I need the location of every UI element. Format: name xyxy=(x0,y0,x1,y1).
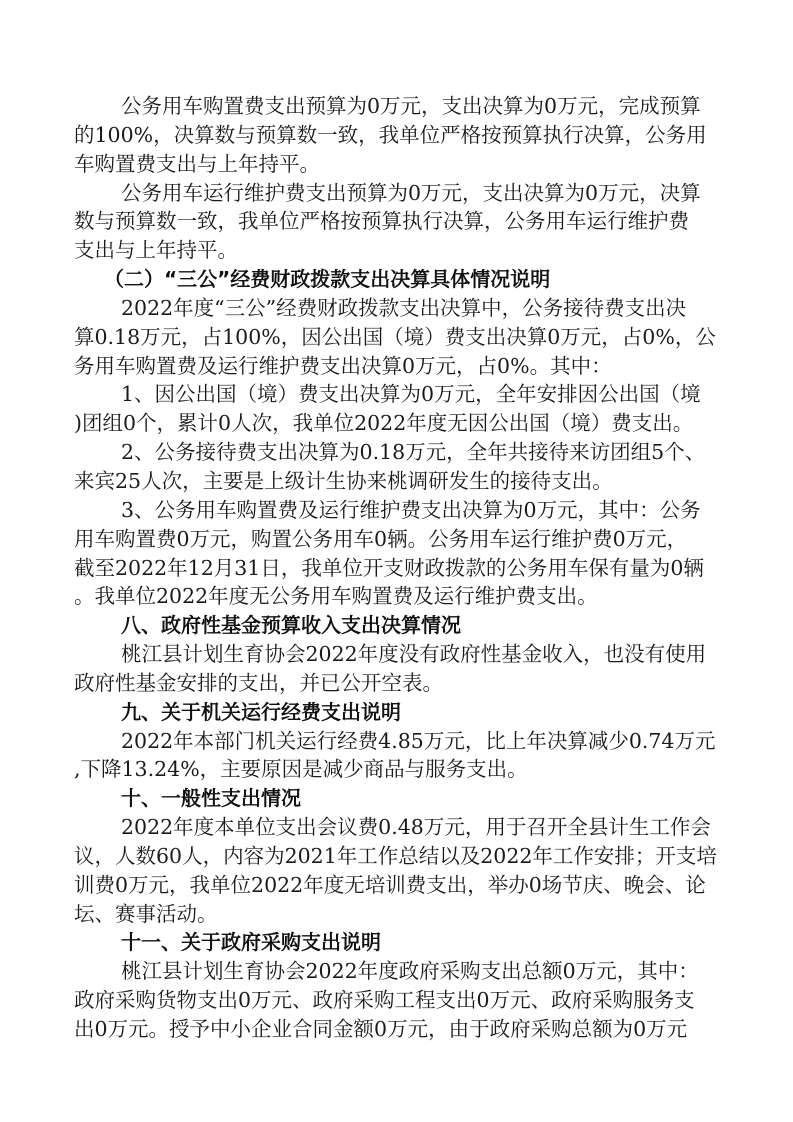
text-line: 公务用车购置费支出预算为0万元，支出决算为0万元，完成预算 xyxy=(74,92,710,121)
paragraph-operating-expenses: 2022年本部门机关运行经费4.85万元，比上年决算减少0.74万元 ,下降13… xyxy=(74,727,710,785)
text-line: 车购置费支出与上年持平。 xyxy=(74,150,710,179)
text-line: 3、公务用车购置费及运行维护费支出决算为0万元，其中：公务 xyxy=(74,496,710,525)
text-line: 桃江县计划生育协会2022年度没有政府性基金收入，也没有使用 xyxy=(74,640,710,669)
text-line: 2022年本部门机关运行经费4.85万元，比上年决算减少0.74万元 xyxy=(74,727,710,756)
text-line: 来宾25人次，主要是上级计生协来桃调研发生的接待支出。 xyxy=(74,467,710,496)
text-line: 训费0万元，我单位2022年度无培训费支出，举办0场节庆、晚会、论 xyxy=(74,871,710,900)
text-line: 的100%，决算数与预算数一致，我单位严格按预算执行决算，公务用 xyxy=(74,121,710,150)
paragraph-reception: 2、公务接待费支出决算为0.18万元，全年共接待来访团组5个、 来宾25人次，主… xyxy=(74,438,710,496)
document-page: 公务用车购置费支出预算为0万元，支出决算为0万元，完成预算 的100%，决算数与… xyxy=(74,92,710,1044)
heading-operating-expenses: 九、关于机关运行经费支出说明 xyxy=(74,698,710,727)
paragraph-government-fund: 桃江县计划生育协会2022年度没有政府性基金收入，也没有使用 政府性基金安排的支… xyxy=(74,640,710,698)
text-line: 2022年度“三公”经费财政拨款支出决算中，公务接待费支出决 xyxy=(74,294,710,323)
heading-general-expenses: 十、一般性支出情况 xyxy=(74,784,710,813)
paragraph-vehicle-maintenance: 公务用车运行维护费支出预算为0万元，支出决算为0万元，决算 数与预算数一致，我单… xyxy=(74,179,710,266)
subheading-three-public-expenses: （二）“三公”经费财政拨款支出决算具体情况说明 xyxy=(74,265,710,294)
paragraph-three-public-summary: 2022年度“三公”经费财政拨款支出决算中，公务接待费支出决 算0.18万元，占… xyxy=(74,294,710,381)
paragraph-overseas-travel: 1、因公出国（境）费支出决算为0万元，全年安排因公出国（境 )团组0个，累计0人… xyxy=(74,380,710,438)
heading-government-procurement: 十一、关于政府采购支出说明 xyxy=(74,928,710,957)
text-line: 坛、赛事活动。 xyxy=(74,900,710,929)
text-line: 。我单位2022年度无公务用车购置费及运行维护费支出。 xyxy=(74,582,710,611)
paragraph-vehicle-expenses: 3、公务用车购置费及运行维护费支出决算为0万元，其中：公务 用车购置费0万元，购… xyxy=(74,496,710,611)
text-line: 政府性基金安排的支出，并已公开空表。 xyxy=(74,669,710,698)
text-line: 桃江县计划生育协会2022年度政府采购支出总额0万元，其中： xyxy=(74,957,710,986)
text-line: 用车购置费0万元，购置公务用车0辆。公务用车运行维护费0万元， xyxy=(74,525,710,554)
text-line: ,下降13.24%，主要原因是减少商品与服务支出。 xyxy=(74,755,710,784)
text-line: 出0万元。授予中小企业合同金额0万元，由于政府采购总额为0万元 xyxy=(74,1015,710,1044)
text-line: 截至2022年12月31日，我单位开支财政拨款的公务用车保有量为0辆 xyxy=(74,554,710,583)
heading-government-fund: 八、政府性基金预算收入支出决算情况 xyxy=(74,611,710,640)
text-line: 2022年度本单位支出会议费0.48万元，用于召开全县计生工作会 xyxy=(74,813,710,842)
text-line: 2、公务接待费支出决算为0.18万元，全年共接待来访团组5个、 xyxy=(74,438,710,467)
paragraph-government-procurement: 桃江县计划生育协会2022年度政府采购支出总额0万元，其中： 政府采购货物支出0… xyxy=(74,957,710,1044)
text-line: 务用车购置费及运行维护费支出决算0万元，占0%。其中： xyxy=(74,352,710,381)
paragraph-general-expenses: 2022年度本单位支出会议费0.48万元，用于召开全县计生工作会 议，人数60人… xyxy=(74,813,710,928)
text-line: 算0.18万元，占100%，因公出国（境）费支出决算0万元，占0%，公 xyxy=(74,323,710,352)
text-line: )团组0个，累计0人次，我单位2022年度无因公出国（境）费支出。 xyxy=(74,409,710,438)
text-line: 议，人数60人，内容为2021年工作总结以及2022年工作安排；开支培 xyxy=(74,842,710,871)
text-line: 政府采购货物支出0万元、政府采购工程支出0万元、政府采购服务支 xyxy=(74,986,710,1015)
text-line: 支出与上年持平。 xyxy=(74,236,710,265)
text-line: 数与预算数一致，我单位严格按预算执行决算，公务用车运行维护费 xyxy=(74,207,710,236)
text-line: 1、因公出国（境）费支出决算为0万元，全年安排因公出国（境 xyxy=(74,380,710,409)
paragraph-vehicle-purchase: 公务用车购置费支出预算为0万元，支出决算为0万元，完成预算 的100%，决算数与… xyxy=(74,92,710,179)
text-line: 公务用车运行维护费支出预算为0万元，支出决算为0万元，决算 xyxy=(74,179,710,208)
